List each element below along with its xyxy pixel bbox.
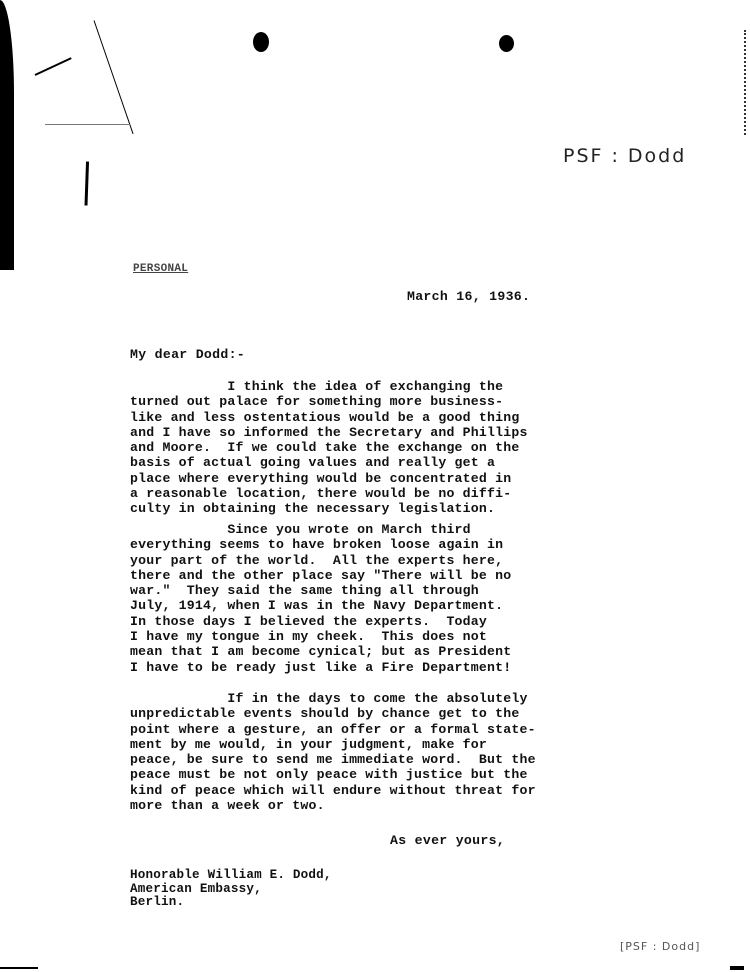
paragraph-line: I think the idea of exchanging the (130, 379, 590, 394)
paragraph-line: a reasonable location, there would be no… (130, 486, 590, 501)
paragraph-line: everything seems to have broken loose ag… (130, 537, 590, 552)
paragraph-line: culty in obtaining the necessary legisla… (130, 501, 590, 516)
paragraph-line: If in the days to come the absolutely (130, 691, 590, 706)
archive-mark-top: PSF : Dodd (563, 145, 686, 167)
paragraph-line: peace must be not only peace with justic… (130, 767, 590, 782)
archive-mark-bottom: [PSF : Dodd] (620, 940, 700, 953)
scan-mark-line (94, 20, 134, 134)
paragraph-line: like and less ostentatious would be a go… (130, 410, 590, 425)
paragraph-line: your part of the world. All the experts … (130, 553, 590, 568)
paragraph-line: place where everything would be concentr… (130, 471, 590, 486)
scan-edge-shadow (0, 0, 14, 270)
recipient-city: Berlin. (130, 896, 590, 910)
paragraph-line: I have to be ready just like a Fire Depa… (130, 660, 590, 675)
paragraph-line: basis of actual going values and really … (130, 455, 590, 470)
paragraph-1: I think the idea of exchanging the turne… (130, 379, 590, 517)
scan-mark-bottom-left (0, 967, 38, 969)
letter-page: PSF : Dodd PERSONAL March 16, 1936. My d… (0, 0, 750, 972)
recipient-address: Honorable William E. Dodd, American Emba… (130, 869, 590, 910)
paragraph-line: Since you wrote on March third (130, 522, 590, 537)
scan-mark-dotted (45, 124, 130, 125)
paragraph-line: mean that I am become cynical; but as Pr… (130, 644, 590, 659)
paragraph-line: In those days I believed the experts. To… (130, 614, 590, 629)
paragraph-line: there and the other place say "There wil… (130, 568, 590, 583)
recipient-office: American Embassy, (130, 883, 590, 897)
paragraph-3: If in the days to come the absolutely un… (130, 691, 590, 813)
letter-date: March 16, 1936. (407, 289, 530, 304)
paragraph-line: July, 1914, when I was in the Navy Depar… (130, 598, 590, 613)
paragraph-line: and I have so informed the Secretary and… (130, 425, 590, 440)
punch-hole-left (253, 32, 269, 52)
salutation: My dear Dodd:- (130, 347, 245, 362)
paragraph-line: kind of peace which will endure without … (130, 783, 590, 798)
paragraph-line: and Moore. If we could take the exchange… (130, 440, 590, 455)
paragraph-line: war." They said the same thing all throu… (130, 583, 590, 598)
recipient-name: Honorable William E. Dodd, (130, 869, 590, 883)
closing: As ever yours, (390, 833, 505, 848)
paragraph-line: turned out palace for something more bus… (130, 394, 590, 409)
paragraph-line: I have my tongue in my cheek. This does … (130, 629, 590, 644)
paragraph-line: more than a week or two. (130, 798, 590, 813)
scan-mark-corner (730, 966, 744, 970)
paragraph-line: ment by me would, in your judgment, make… (130, 737, 590, 752)
paragraph-2: Since you wrote on March third everythin… (130, 522, 590, 675)
paragraph-line: peace, be sure to send me immediate word… (130, 752, 590, 767)
paragraph-line: unpredictable events should by chance ge… (130, 706, 590, 721)
classification-label: PERSONAL (133, 263, 188, 275)
scan-mark-bar (85, 161, 90, 205)
scan-mark-stroke (35, 57, 72, 76)
paragraph-line: point where a gesture, an offer or a for… (130, 722, 590, 737)
punch-hole-right (499, 35, 514, 52)
scan-edge-right (744, 30, 749, 135)
